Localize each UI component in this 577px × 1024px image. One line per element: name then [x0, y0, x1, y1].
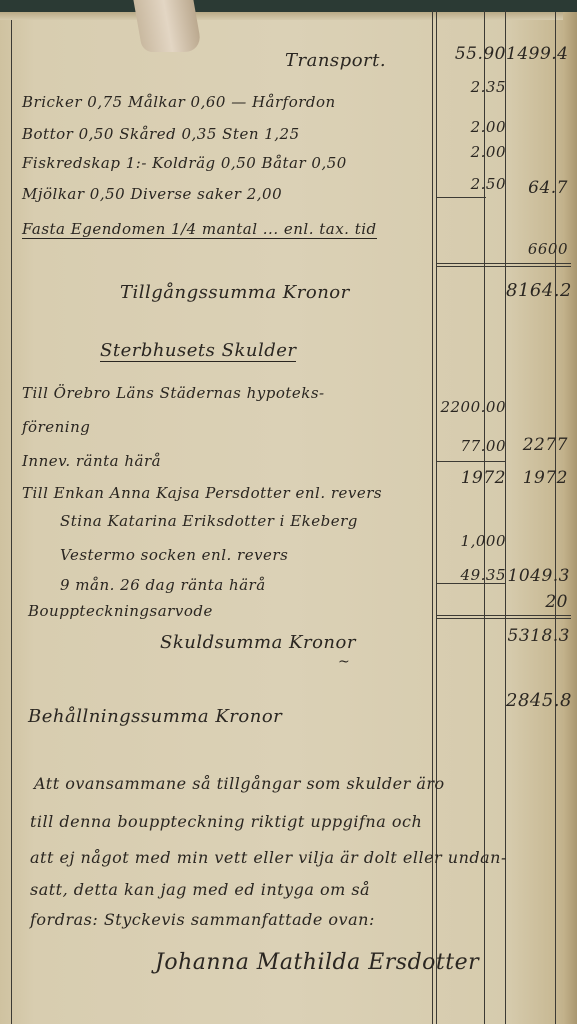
page-top-edge — [0, 12, 577, 20]
fixed-property-line: Fasta Egendomen 1/4 mantal ... enl. tax.… — [22, 220, 377, 239]
debt-line-8-col2: 20 — [506, 592, 568, 612]
debt-line-1-col1: 2200.00 — [440, 398, 506, 416]
total-rule-1 — [436, 263, 571, 264]
signature: Johanna Mathilda Ersdotter — [155, 950, 479, 975]
bookmark-tab — [133, 0, 202, 52]
left-margin-rule — [11, 20, 12, 1024]
debt-line-4-col1: 1972 — [440, 468, 506, 488]
debt-line-1: Till Örebro Läns Städernas hypoteks- — [22, 384, 325, 402]
column-rule-1 — [432, 10, 433, 1024]
column-rule-4 — [555, 12, 556, 1024]
declaration-line-3: att ej något med min vett eller vilja är… — [30, 848, 507, 867]
transport-col2: 1499.4 — [506, 44, 568, 64]
debt-line-3-col2: 2277 — [506, 435, 568, 455]
fixed-property-value: 6600 — [506, 240, 568, 258]
debt-line-2: förening — [22, 418, 90, 436]
balance-value: 2845.8 — [506, 690, 570, 711]
column-rule-1b — [436, 10, 437, 1024]
declaration-line-1: Att ovansammane så tillgångar som skulde… — [34, 774, 445, 793]
declaration-line-4: satt, detta kan jag med ed intyga om så — [30, 880, 370, 899]
transport-col1: 55.90 — [440, 44, 506, 64]
total-rule-2b — [436, 618, 571, 619]
debt-line-7-col2: 1049.3 — [506, 566, 570, 586]
debt-line-3-col1: 77.00 — [440, 437, 506, 455]
debt-line-8: Bouppteckningsarvode — [28, 602, 213, 620]
declaration-line-2: till denna bouppteckning riktigt uppgifn… — [30, 812, 422, 831]
debts-total-label: Skuldsumma Kronor — [160, 632, 356, 653]
asset-line-1: Bricker 0,75 Målkar 0,60 — Hårfordon — [22, 93, 336, 111]
asset-line-2: Bottor 0,50 Skåred 0,35 Sten 1,25 — [22, 125, 300, 143]
declaration-line-5: fordras: Styckevis sammanfattade ovan: — [30, 910, 375, 929]
debt-line-6-col1: 1,000 — [440, 532, 506, 550]
column-rule-2 — [484, 10, 485, 1024]
column-rule-3 — [505, 10, 506, 1024]
debt-line-5: Stina Katarina Eriksdotter i Ekeberg — [60, 512, 358, 530]
subtotal-rule-1 — [436, 197, 486, 198]
debt-line-4: Till Enkan Anna Kajsa Persdotter enl. re… — [22, 484, 382, 502]
asset-line-3-col1: 2.00 — [440, 143, 506, 161]
asset-line-4-col1: 2.50 — [440, 175, 506, 193]
total-rule-2 — [436, 615, 571, 616]
subtotal-rule-2 — [436, 461, 506, 462]
balance-label: Behållningssumma Kronor — [28, 706, 282, 727]
book-gutter — [563, 12, 577, 1024]
asset-line-4-col2: 64.7 — [506, 178, 568, 198]
debt-line-4-col2: 1972 — [506, 468, 568, 488]
transport-label: Transport. — [285, 50, 386, 71]
debts-total-value: 5318.3 — [506, 626, 570, 646]
asset-line-1-col1: 2.35 — [440, 78, 506, 96]
tilde-mark: ~ — [338, 654, 350, 670]
assets-total-label: Tillgångssumma Kronor — [120, 282, 350, 303]
debts-heading: Sterbhusets Skulder — [100, 340, 296, 362]
debt-line-7: 9 mån. 26 dag ränta härå — [60, 576, 266, 594]
debt-line-6: Vestermo socken enl. revers — [60, 546, 288, 564]
asset-line-3: Fiskredskap 1:- Koldräg 0,50 Båtar 0,50 — [22, 154, 347, 172]
debt-line-3: Innev. ränta härå — [22, 452, 161, 470]
debt-line-7-col1: 49.35 — [440, 566, 506, 584]
asset-line-4: Mjölkar 0,50 Diverse saker 2,00 — [22, 185, 282, 203]
assets-total-value: 8164.2 — [506, 280, 570, 301]
total-rule-1b — [436, 266, 571, 267]
asset-line-2-col1: 2.00 — [440, 118, 506, 136]
